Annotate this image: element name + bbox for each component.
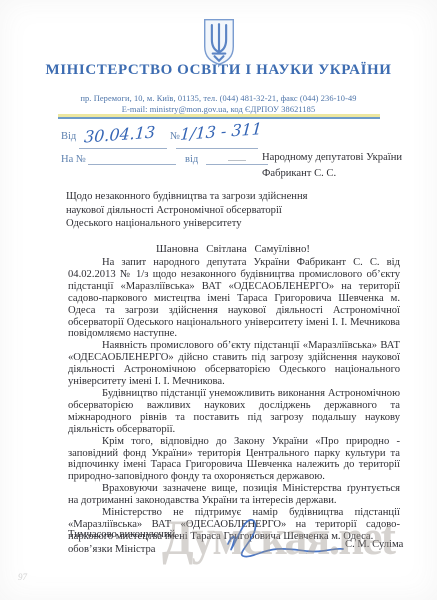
incoming-date-label: від (185, 154, 198, 165)
incoming-date-blank (206, 164, 268, 165)
signer-name: С. М. Суліма (345, 539, 403, 550)
scan-corner-mark: 97 (18, 572, 27, 582)
ministry-address: пр. Перемоги, 10, м. Київ, 01135, тел. (… (0, 94, 437, 103)
handwritten-outgoing-date: 30.04.13 (83, 122, 155, 146)
paragraph: Враховуючи зазначене вище, позиція Мініс… (68, 483, 400, 507)
recipient-name: Фабрикант С. С. (262, 166, 402, 182)
flag-divider (58, 114, 380, 120)
salutation: Шановна Світлана Самуїлівно! (66, 243, 400, 255)
outgoing-date-label: Від (61, 131, 76, 142)
number-underline (176, 148, 258, 149)
recipient-block: Народному депутатові України Фабрикант С… (262, 150, 402, 182)
incoming-number-blank (88, 164, 176, 165)
recipient-title: Народному депутатові України (262, 150, 402, 166)
ministry-title: МІНІСТЕРСТВО ОСВІТИ І НАУКИ УКРАЇНИ (0, 62, 437, 79)
incoming-number-label: На № (61, 154, 86, 165)
paragraph: Наявність промислового об’єкту підстанці… (68, 340, 400, 388)
signer-position-line: обов’язки Міністра (68, 542, 175, 557)
handwritten-signature (200, 510, 350, 566)
letter-body: На запит народного депутата України Фабр… (68, 257, 400, 543)
signer-position-line: Тимчасово виконуючий (68, 527, 175, 542)
subject-line: Щодо незаконного будівництва та загрози … (66, 190, 308, 204)
subject-block: Щодо незаконного будівництва та загрози … (66, 190, 308, 231)
ministry-contacts: E-mail: ministry@mon.gov.ua, код ЄДРПОУ … (0, 105, 437, 114)
paragraph: На запит народного депутата України Фабр… (68, 257, 400, 340)
date-underline (79, 148, 167, 149)
signer-position: Тимчасово виконуючий обов’язки Міністра (68, 527, 175, 557)
subject-line: Одеського національного університету (66, 217, 308, 231)
handwritten-outgoing-number: 1/13 - 311 (179, 119, 262, 144)
ukraine-trident-emblem-icon (199, 17, 239, 67)
scan-fold-mark (228, 160, 246, 161)
subject-line: наукової діяльності Астрономічної обсерв… (66, 204, 308, 218)
outgoing-number-label: № (170, 131, 180, 142)
scanned-letter-page: МІНІСТЕРСТВО ОСВІТИ І НАУКИ УКРАЇНИ пр. … (0, 0, 437, 600)
paragraph: Крім того, відповідно до Закону України … (68, 436, 400, 484)
paragraph: Будівництво підстанції унеможливить вико… (68, 388, 400, 436)
